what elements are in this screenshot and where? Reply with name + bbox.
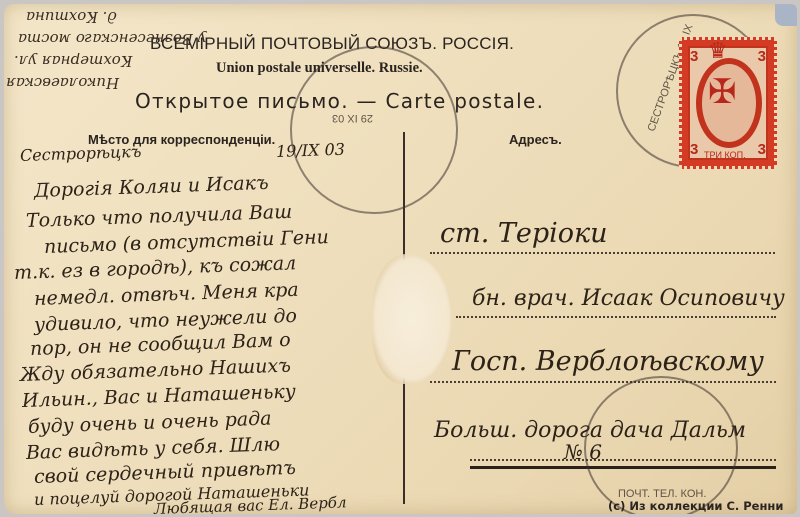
handwriting-line: Только что получила Ваш [26,201,293,232]
address-station: ст. Теріоки [440,218,608,249]
address-line-1 [430,252,775,254]
crown-icon: ♛ [708,38,728,64]
postage-stamp: 3 3 3 3 ♛ ✠ ТРИ КОП. [679,37,777,169]
address-line-3 [430,381,776,383]
stamp-denomination-text: ТРИ КОП. [704,150,746,160]
upside-down-note-line: Николаевская [6,74,119,92]
postmark-top-left: 29 IX 03 [290,46,458,214]
address-label: Адресъ. [509,132,562,147]
stamp-denomination-corner: 3 [690,141,698,158]
upside-down-note-line: у Вознесенскаго моста [18,30,206,48]
corner-mount [775,4,797,26]
address-recipient-surname: Госп. Верблоѣвскому [452,346,764,377]
address-line-2 [456,316,776,318]
upside-down-note-line: д. Кохтина [26,8,117,26]
handwriting-line: Дорогія Коляи и Исакъ [34,172,269,202]
address-recipient-name: бн. врач. Исаак Осиповичу [472,286,785,311]
postcard: ВСЕМІРНЫЙ ПОЧТОВЫЙ СОЮЗЪ. РОССІЯ. Union … [4,4,797,514]
copyright-watermark: (с) Из коллекции С. Ренни [608,499,783,513]
stamp-denomination-corner: 3 [690,48,698,65]
postmark-date: 29 IX 03 [332,112,373,124]
handwriting-line: Сестрорѣцкъ [20,142,142,165]
stamp-denomination-corner: 3 [758,48,766,65]
stamp-denomination-corner: 3 [758,141,766,158]
double-headed-eagle-icon: ✠ [708,72,737,112]
upside-down-note-line: Кохтерная ул. [14,52,132,70]
postmark-bottom-right: ПОЧТ. ТЕЛ. КОН. [584,376,738,514]
paper-stain [372,254,452,384]
handwriting-line: буду очень и очень рада [28,408,272,438]
